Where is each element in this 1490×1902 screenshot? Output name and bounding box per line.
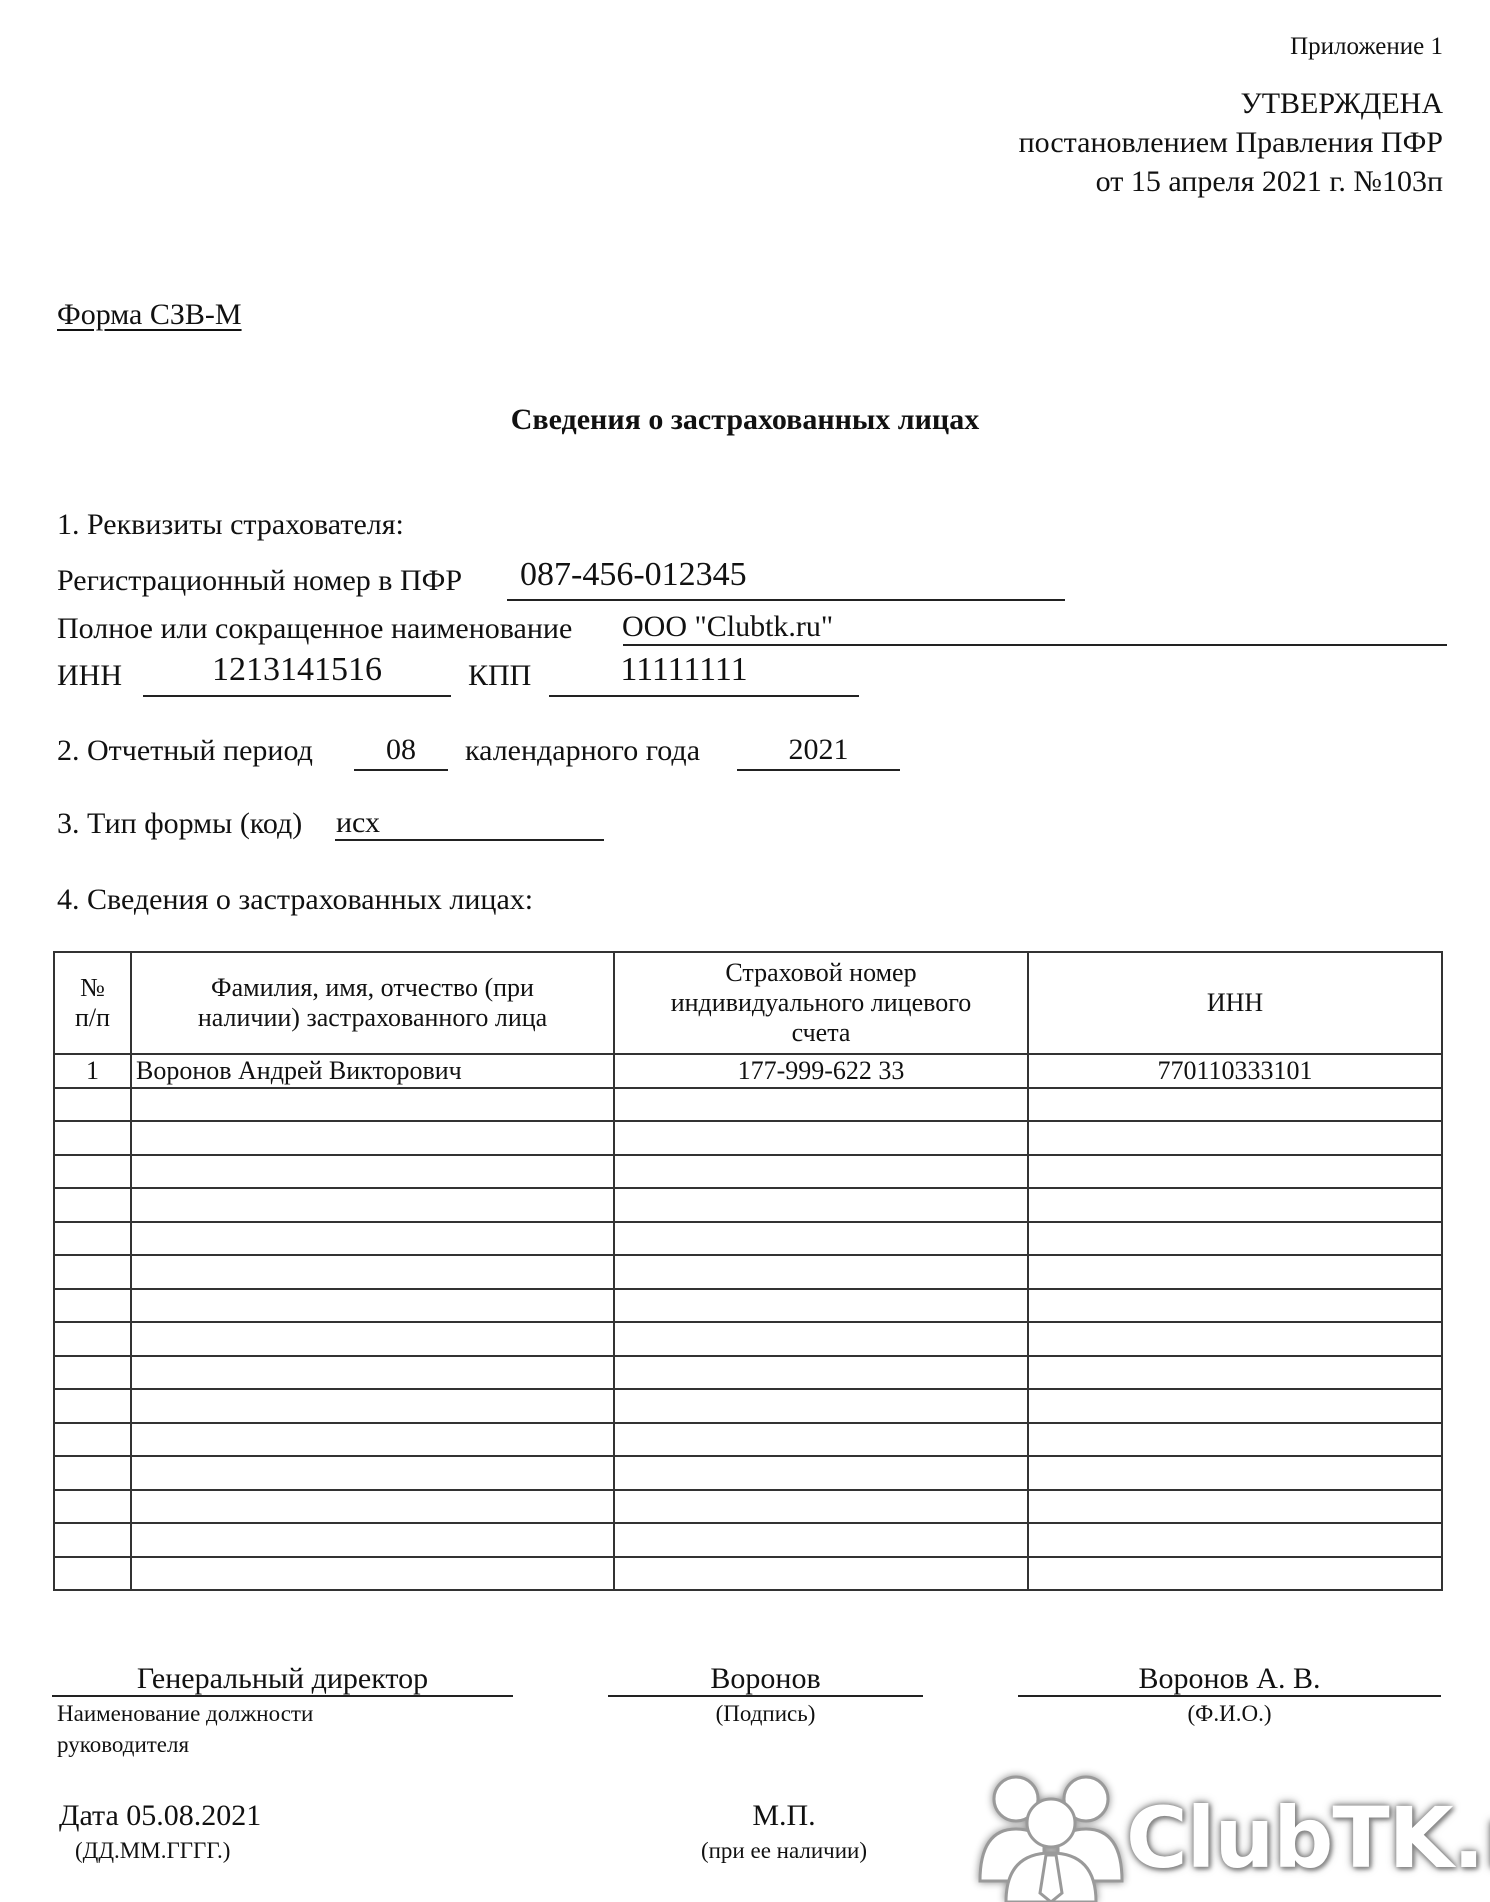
cell-inn[interactable] [1028,1456,1442,1490]
fio-underline [1018,1695,1441,1697]
cell-fio[interactable] [131,1222,614,1256]
cell-fio[interactable]: Воронов Андрей Викторович [131,1054,614,1088]
cell-fio[interactable] [131,1456,614,1490]
inn-value[interactable]: 1213141516 [143,653,451,687]
date-field[interactable]: Дата 05.08.2021 [59,1801,261,1831]
year-value[interactable]: 2021 [737,735,900,765]
table-row [54,1289,1442,1323]
inn-label: ИНН [57,661,122,691]
reg-number-value[interactable]: 087-456-012345 [520,558,747,592]
cell-snils[interactable] [614,1557,1028,1591]
kpp-label: КПП [468,661,531,691]
watermark-logo: ClubTK.ru [976,1771,1490,1902]
table-row [54,1155,1442,1189]
cell-snils[interactable] [614,1222,1028,1256]
table-row [54,1456,1442,1490]
cell-number[interactable] [54,1557,131,1591]
table-row [54,1121,1442,1155]
cell-snils[interactable] [614,1322,1028,1356]
period-value[interactable]: 08 [354,735,448,765]
form-type-value[interactable]: исх [336,808,380,838]
people-group-icon [976,1771,1126,1902]
cell-fio[interactable] [131,1557,614,1591]
cell-number[interactable] [54,1289,131,1323]
cell-snils[interactable] [614,1255,1028,1289]
cell-fio[interactable] [131,1523,614,1557]
cell-inn[interactable] [1028,1356,1442,1390]
form-type-underline [335,839,604,841]
fio-caption: (Ф.И.О.) [1018,1702,1441,1725]
kpp-underline [549,695,859,697]
stamp-label: М.П. [608,1801,960,1831]
position-value[interactable]: Генеральный директор [52,1664,513,1694]
cell-inn[interactable] [1028,1155,1442,1189]
form-name: Форма СЗВ-М [57,300,242,330]
signature-underline [608,1695,923,1697]
cell-snils[interactable] [614,1456,1028,1490]
cell-number[interactable] [54,1456,131,1490]
cell-fio[interactable] [131,1322,614,1356]
cell-number[interactable] [54,1322,131,1356]
cell-number[interactable] [54,1523,131,1557]
table-row [54,1088,1442,1122]
position-caption-line2: руководителя [57,1733,189,1756]
cell-fio[interactable] [131,1389,614,1423]
cell-snils[interactable] [614,1389,1028,1423]
table-row [54,1322,1442,1356]
cell-fio[interactable] [131,1121,614,1155]
cell-inn[interactable]: 770110333101 [1028,1054,1442,1088]
cell-inn[interactable] [1028,1121,1442,1155]
cell-inn[interactable] [1028,1088,1442,1122]
cell-inn[interactable] [1028,1188,1442,1222]
cell-number[interactable] [54,1155,131,1189]
inn-underline [143,695,451,697]
cell-inn[interactable] [1028,1322,1442,1356]
cell-snils[interactable] [614,1121,1028,1155]
approved-date-label: от 15 апреля 2021 г. №103п [1096,167,1443,197]
cell-fio[interactable] [131,1088,614,1122]
stamp-caption: (при ее наличии) [608,1839,960,1862]
org-name-label: Полное или сокращенное наименование [57,614,572,644]
cell-fio[interactable] [131,1188,614,1222]
column-header-number: № п/п [54,952,131,1054]
cell-number[interactable] [54,1088,131,1122]
table-row [54,1222,1442,1256]
position-underline [52,1695,513,1697]
cell-number[interactable] [54,1255,131,1289]
cell-snils[interactable] [614,1356,1028,1390]
position-caption-line1: Наименование должности [57,1702,313,1725]
cell-fio[interactable] [131,1155,614,1189]
cell-inn[interactable] [1028,1389,1442,1423]
cell-snils[interactable] [614,1088,1028,1122]
cell-number[interactable] [54,1188,131,1222]
approved-by-label: постановлением Правления ПФР [1019,128,1443,158]
cell-inn[interactable] [1028,1523,1442,1557]
column-header-inn: ИНН [1028,952,1442,1054]
table-row [54,1356,1442,1390]
cell-number[interactable] [54,1389,131,1423]
insured-persons-table: № п/п Фамилия, имя, отчество (при наличи… [53,951,1443,1591]
cell-number[interactable] [54,1490,131,1524]
cell-number[interactable]: 1 [54,1054,131,1088]
signature-value[interactable]: Воронов [608,1664,923,1694]
column-header-fio: Фамилия, имя, отчество (при наличии) зас… [131,952,614,1054]
date-format-caption: (ДД.ММ.ГГГГ.) [75,1839,230,1862]
document-title: Сведения о застрахованных лицах [0,405,1490,435]
cell-fio[interactable] [131,1423,614,1457]
table-row [54,1523,1442,1557]
table-header-row: № п/п Фамилия, имя, отчество (при наличи… [54,952,1442,1054]
form-type-label: 3. Тип формы (код) [57,809,302,839]
table-row: 1Воронов Андрей Викторович177-999-622 33… [54,1054,1442,1088]
org-name-underline [623,644,1447,646]
cell-snils[interactable] [614,1155,1028,1189]
cell-snils[interactable]: 177-999-622 33 [614,1054,1028,1088]
period-underline [354,769,448,771]
cell-snils[interactable] [614,1490,1028,1524]
year-underline [737,769,900,771]
cell-number[interactable] [54,1356,131,1390]
cell-inn[interactable] [1028,1289,1442,1323]
cell-fio[interactable] [131,1289,614,1323]
section4-heading: 4. Сведения о застрахованных лицах: [57,885,533,915]
cell-number[interactable] [54,1423,131,1457]
cell-fio[interactable] [131,1356,614,1390]
cell-number[interactable] [54,1222,131,1256]
reg-number-underline [507,599,1065,601]
kpp-value[interactable]: 11111111 [549,653,819,687]
cell-fio[interactable] [131,1490,614,1524]
fio-value[interactable]: Воронов А. В. [1018,1664,1441,1694]
cell-number[interactable] [54,1121,131,1155]
table-row [54,1557,1442,1591]
table-row [54,1490,1442,1524]
approved-label: УТВЕРЖДЕНА [1240,89,1443,119]
cell-inn[interactable] [1028,1255,1442,1289]
cell-inn[interactable] [1028,1490,1442,1524]
table-row [54,1188,1442,1222]
appendix-label: Приложение 1 [1290,34,1443,59]
watermark-text: ClubTK.ru [1126,1789,1490,1887]
cell-fio[interactable] [131,1255,614,1289]
signature-caption: (Подпись) [608,1702,923,1725]
section1-heading: 1. Реквизиты страхователя: [57,510,404,540]
org-name-value[interactable]: ООО "Clubtk.ru" [622,612,833,642]
table-row [54,1255,1442,1289]
table-row [54,1423,1442,1457]
year-label: календарного года [465,736,700,766]
table-row [54,1389,1442,1423]
column-header-snils: Страховой номер индивидуального лицевого… [614,952,1028,1054]
cell-snils[interactable] [614,1289,1028,1323]
cell-inn[interactable] [1028,1423,1442,1457]
cell-inn[interactable] [1028,1222,1442,1256]
reg-number-label: Регистрационный номер в ПФР [57,566,462,596]
cell-snils[interactable] [614,1523,1028,1557]
cell-snils[interactable] [614,1188,1028,1222]
cell-inn[interactable] [1028,1557,1442,1591]
period-label: 2. Отчетный период [57,736,313,766]
cell-snils[interactable] [614,1423,1028,1457]
